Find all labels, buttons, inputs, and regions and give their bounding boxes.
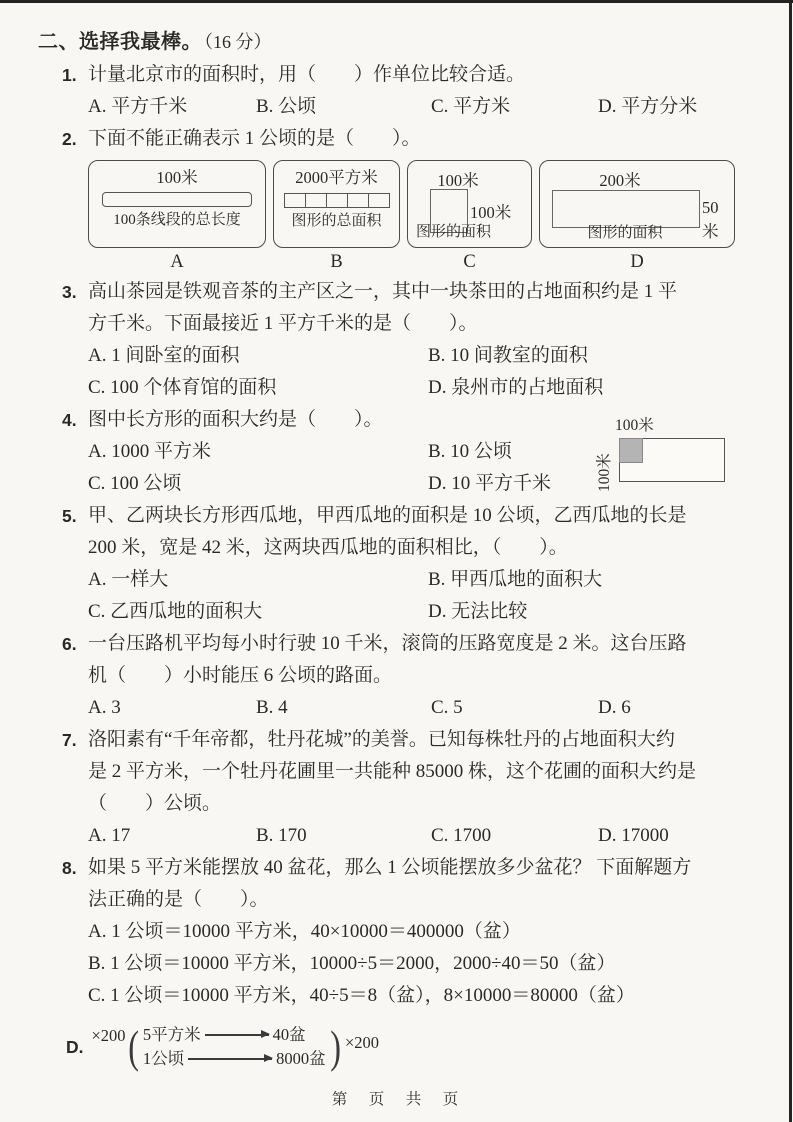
q1-option-b: B. 公顷 <box>256 91 431 123</box>
question-5-options: A. 一样大 B. 甲西瓜地的面积大 C. 乙西瓜地的面积大 D. 无法比较 <box>88 564 793 628</box>
q4-top-label: 100米 <box>615 418 654 434</box>
strip-cell <box>306 193 327 208</box>
question-3-number: 3. <box>62 276 77 308</box>
diagram-d-top-label: 200米 <box>565 167 675 191</box>
question-4-number: 4. <box>62 404 77 436</box>
q1-option-d: D. 平方分米 <box>598 91 793 123</box>
q1-option-a: A. 平方千米 <box>88 91 256 123</box>
q5-option-c: C. 乙西瓜地的面积大 <box>88 596 428 628</box>
row2-from: 1公顷 <box>143 1047 184 1071</box>
diagram-b-caption: 图形的总面积 <box>274 212 399 230</box>
question-6: 6. 一台压路机平均每小时行驶 10 千米，滚筒的压路宽度是 2 米。这台压路 … <box>88 628 793 724</box>
row2-to: 8000盆 <box>276 1047 326 1071</box>
question-6-text-line1: 一台压路机平均每小时行驶 10 千米，滚筒的压路宽度是 2 米。这台压路 <box>88 628 793 660</box>
proportion-row-1: 5平方米 40盆 <box>143 1023 326 1047</box>
q4-option-a: A. 1000 平方米 <box>88 436 428 468</box>
diagram-box-b: 2000平方米 图形的总面积 <box>273 160 400 248</box>
open-paren: ( <box>128 1024 139 1070</box>
diagram-a-caption: 100条线段的总长度 <box>89 211 265 229</box>
question-8: 8. 如果 5 平方米能摆放 40 盆花，那么 1 公顷能摆放多少盆花？ 下面解… <box>88 852 793 1012</box>
question-2: 2. 下面不能正确表示 1 公顷的是（ ）。 <box>88 123 793 155</box>
diagram-box-c: 100米 100米 图形的面积 <box>407 160 532 248</box>
question-6-number: 6. <box>62 628 77 660</box>
question-8-text-line2: 法正确的是（ ）。 <box>88 884 793 916</box>
q7-option-b: B. 170 <box>256 820 431 852</box>
question-1-text: 计量北京市的面积时，用（ ）作单位比较合适。 <box>88 59 793 91</box>
q8-option-b: B. 1 公顷＝10000 平方米，10000÷5＝2000，2000÷40＝5… <box>88 948 793 980</box>
q8-right-multiplier: ×200 <box>345 1033 379 1053</box>
question-3: 3. 高山茶园是铁观音茶的主产区之一，其中一块茶田的占地面积约是 1 平 方千米… <box>88 276 793 404</box>
q5-option-d: D. 无法比较 <box>428 596 793 628</box>
q3-option-b: B. 10 间教室的面积 <box>428 340 793 372</box>
question-7-text-line3: （ ）公顷。 <box>88 788 793 820</box>
question-3-text-line2: 方千米。下面最接近 1 平方千米的是（ ）。 <box>88 308 793 340</box>
scan-edge-top <box>0 0 793 3</box>
row1-from: 5平方米 <box>143 1023 201 1047</box>
question-5-text-line1: 甲、乙两块长方形西瓜地，甲西瓜地的面积是 10 公顷，乙西瓜地的长是 <box>88 500 793 532</box>
strip-cell <box>369 193 390 208</box>
question-1-number: 1. <box>62 59 77 91</box>
row1-to: 40盆 <box>273 1023 306 1047</box>
q3-option-a: A. 1 间卧室的面积 <box>88 340 428 372</box>
diagram-box-d: 200米 50米 图形的面积 <box>539 160 735 248</box>
question-4-rectangle-diagram: 100米 100米 <box>591 418 756 500</box>
question-1: 1. 计量北京市的面积时，用（ ）作单位比较合适。 A. 平方千米 B. 公顷 … <box>88 59 793 123</box>
q6-option-c: C. 5 <box>431 692 598 724</box>
q3-option-c: C. 100 个体育馆的面积 <box>88 372 428 404</box>
question-8-text-line1: 如果 5 平方米能摆放 40 盆花，那么 1 公顷能摆放多少盆花？ 下面解题方 <box>88 852 793 884</box>
five-cell-strip-shape <box>284 193 390 208</box>
right-arrow-icon <box>188 1058 272 1060</box>
question-8-number: 8. <box>62 852 77 884</box>
diagram-letter-b: B <box>273 248 400 276</box>
q3-option-d: D. 泉州市的占地面积 <box>428 372 793 404</box>
right-arrow-icon <box>205 1034 269 1036</box>
question-4: 4. 图中长方形的面积大约是（ ）。 A. 1000 平方米 B. 10 公顷 … <box>88 404 793 500</box>
q8-left-multiplier: ×200 <box>92 1026 126 1046</box>
strip-cell <box>348 193 369 208</box>
gray-unit-square-shape <box>619 438 643 463</box>
q5-option-a: A. 一样大 <box>88 564 428 596</box>
question-5-number: 5. <box>62 500 77 532</box>
question-7-options: A. 17 B. 170 C. 1700 D. 17000 <box>88 820 793 852</box>
q8-option-d-proportion-diagram: D. ×200 ( 5平方米 40盆 1公顷 8000盆 ) ×200 <box>66 1020 793 1074</box>
question-2-number: 2. <box>62 123 77 155</box>
question-2-diagrams: 100米 100条线段的总长度 2000平方米 图形的总面积 100米 100米 <box>88 160 793 248</box>
q7-option-c: C. 1700 <box>431 820 598 852</box>
diagram-letter-a: A <box>88 248 266 276</box>
question-1-options: A. 平方千米 B. 公顷 C. 平方米 D. 平方分米 <box>88 91 793 123</box>
question-6-options: A. 3 B. 4 C. 5 D. 6 <box>88 692 793 724</box>
diagram-letter-d: D <box>539 248 735 276</box>
diagram-letter-c: C <box>407 248 532 276</box>
q1-option-c: C. 平方米 <box>431 91 598 123</box>
question-5-text-line2: 200 米，宽是 42 米，这两块西瓜地的面积相比，（ ）。 <box>88 532 793 564</box>
diagram-d-caption: 图形的面积 <box>550 221 700 242</box>
strip-cell <box>284 193 306 208</box>
q8-option-a: A. 1 公顷＝10000 平方米，40×10000＝400000（盆） <box>88 916 793 948</box>
question-7-number: 7. <box>62 724 77 756</box>
page-footer: 第 页 共 页 <box>0 1087 793 1109</box>
q4-option-c: C. 100 公顷 <box>88 468 428 500</box>
section-title: 二、选择我最棒。 <box>38 31 202 53</box>
q6-option-a: A. 3 <box>88 692 256 724</box>
q5-option-b: B. 甲西瓜地的面积大 <box>428 564 793 596</box>
diagram-box-a: 100米 100条线段的总长度 <box>88 160 266 248</box>
question-3-text-line1: 高山茶园是铁观音茶的主产区之一，其中一块茶田的占地面积约是 1 平 <box>88 276 793 308</box>
worksheet-content: 二、选择我最棒。（16 分） 1. 计量北京市的面积时，用（ ）作单位比较合适。… <box>0 25 793 1074</box>
diagram-b-area-label: 2000平方米 <box>274 168 399 188</box>
diagram-c-caption: 图形的面积 <box>416 220 491 241</box>
proportion-rows: 5平方米 40盆 1公顷 8000盆 <box>143 1023 326 1071</box>
question-2-text: 下面不能正确表示 1 公顷的是（ ）。 <box>88 123 793 155</box>
question-5: 5. 甲、乙两块长方形西瓜地，甲西瓜地的面积是 10 公顷，乙西瓜地的长是 20… <box>88 500 793 628</box>
diagram-c-top-label: 100米 <box>422 167 494 191</box>
section-points: （16 分） <box>204 32 272 52</box>
diagram-a-length-label: 100米 <box>89 168 265 188</box>
section-header: 二、选择我最棒。（16 分） <box>38 25 793 59</box>
question-7-text-line1: 洛阳素有“千年帝都，牡丹花城”的美誉。已知每株牡丹的占地面积大约 <box>88 724 793 756</box>
question-3-options: A. 1 间卧室的面积 B. 10 间教室的面积 C. 100 个体育馆的面积 … <box>88 340 793 404</box>
line-segment-shape <box>102 192 252 207</box>
diagram-d-side-label: 50米 <box>702 198 734 242</box>
strip-cell <box>327 193 348 208</box>
question-6-text-line2: 机（ ）小时能压 6 公顷的路面。 <box>88 660 793 692</box>
q7-option-a: A. 17 <box>88 820 256 852</box>
worksheet-page: 二、选择我最棒。（16 分） 1. 计量北京市的面积时，用（ ）作单位比较合适。… <box>0 0 793 1122</box>
q8-option-d-letter: D. <box>66 1037 84 1058</box>
question-2-diagram-letters: A B C D <box>88 248 793 276</box>
close-paren: ) <box>330 1024 341 1070</box>
q7-option-d: D. 17000 <box>598 820 793 852</box>
q4-left-label: 100米 <box>597 453 613 492</box>
q6-option-d: D. 6 <box>598 692 793 724</box>
question-7-text-line2: 是 2 平方米，一个牡丹花圃里一共能种 85000 株，这个花圃的面积大约是 <box>88 756 793 788</box>
q8-option-c: C. 1 公顷＝10000 平方米，40÷5＝8（盆），8×10000＝8000… <box>88 980 793 1012</box>
q6-option-b: B. 4 <box>256 692 431 724</box>
question-7: 7. 洛阳素有“千年帝都，牡丹花城”的美誉。已知每株牡丹的占地面积大约 是 2 … <box>88 724 793 852</box>
proportion-row-2: 1公顷 8000盆 <box>143 1047 326 1071</box>
